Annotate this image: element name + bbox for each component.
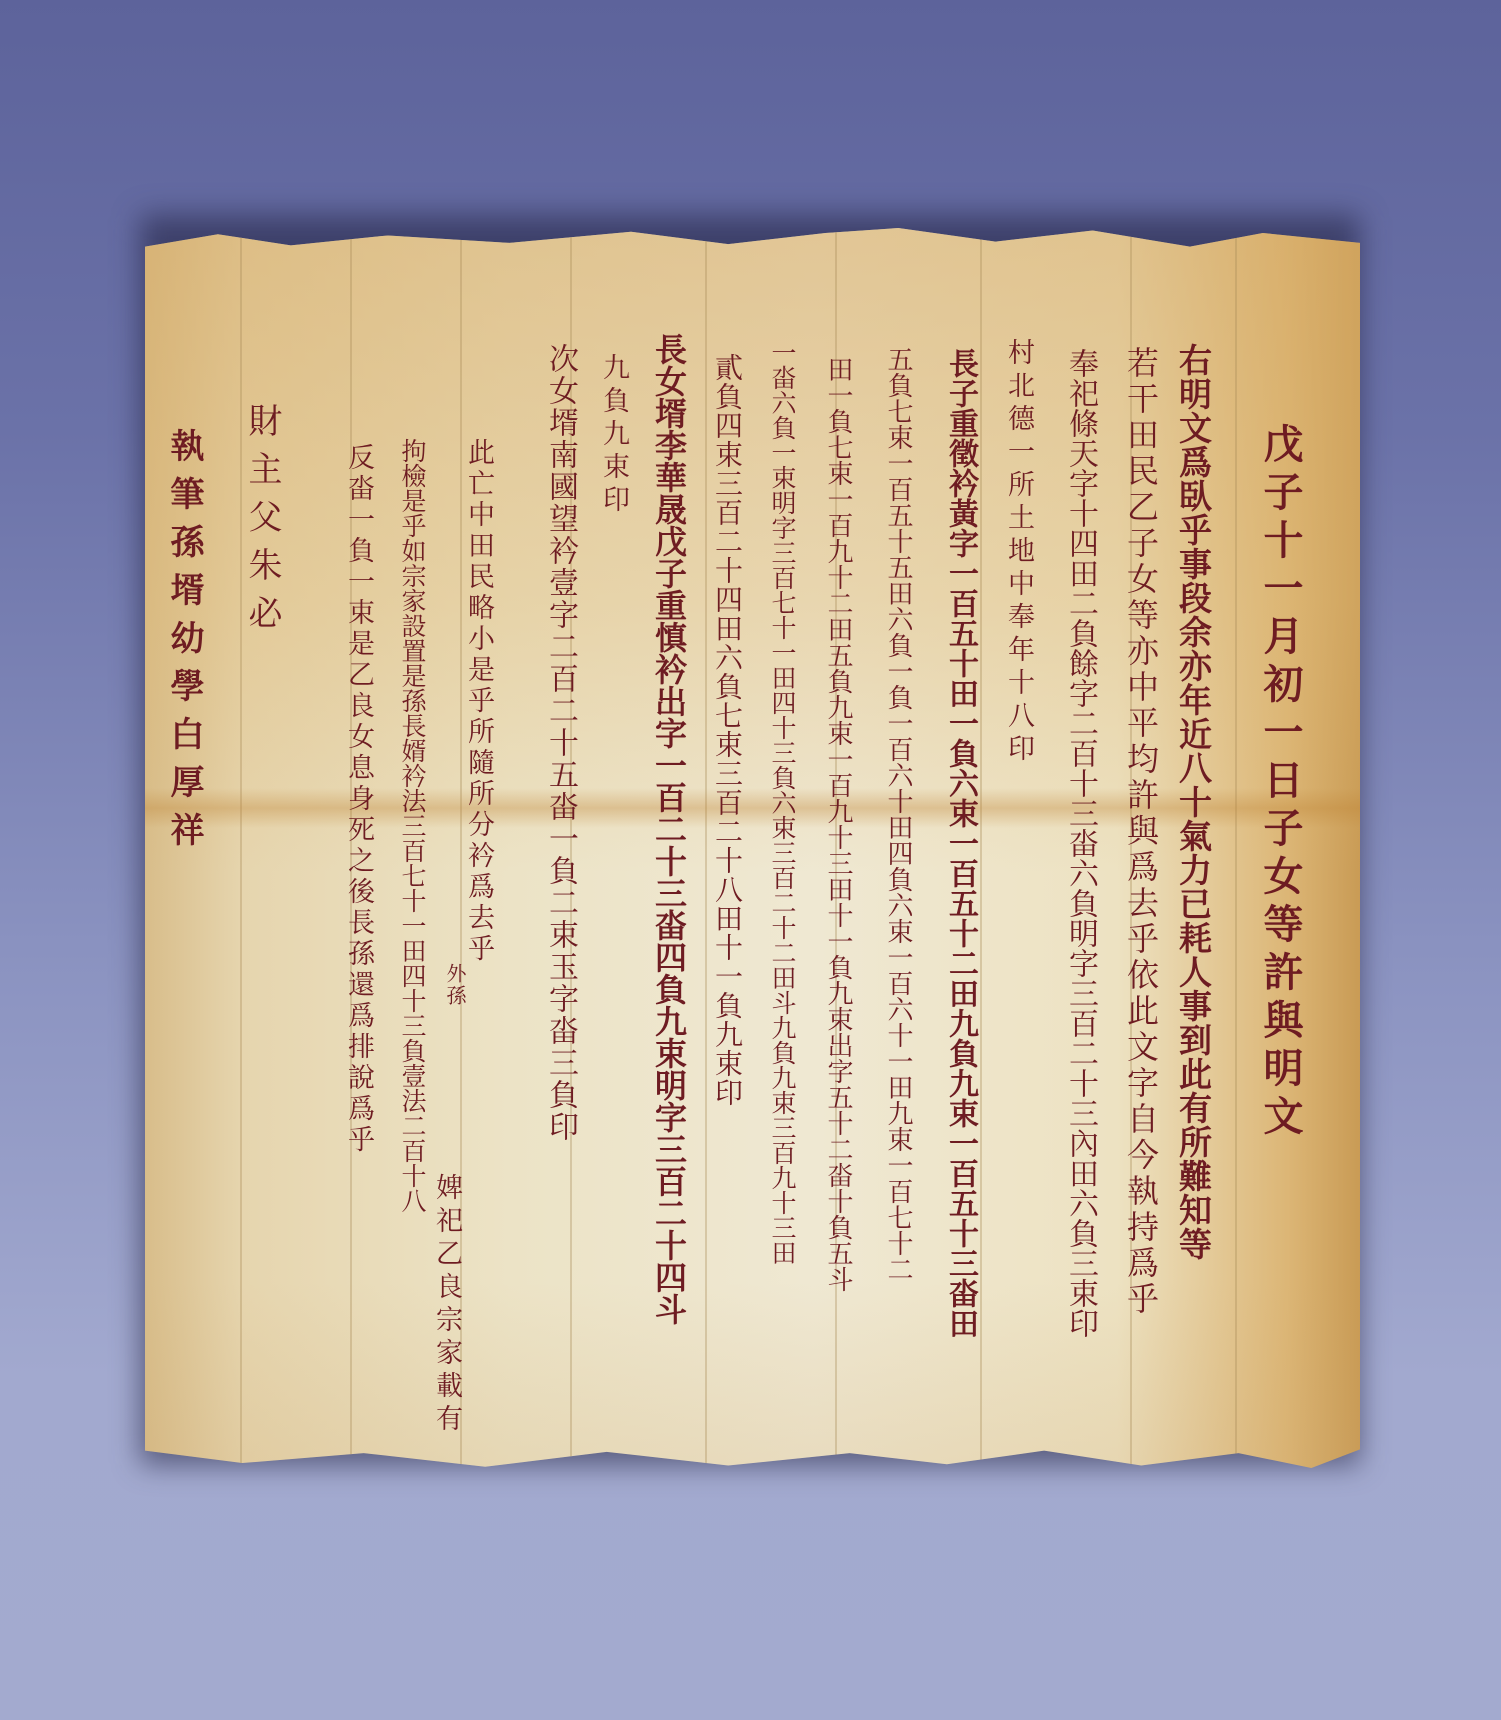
doc-column: 反畓一負一束是乙良女息身死之後長孫還爲排說爲乎 xyxy=(345,443,372,1156)
doc-column: 次女壻南國望衿壹字二百二十五畓一負二束玉字畓三負印 xyxy=(545,343,575,1143)
doc-column: 長子重徵衿黃字一百五十田一負六束一百五十二田九負九束一百五十三畓田 xyxy=(945,348,975,1338)
manuscript-document: 戊子十一月初一日子女等許與明文 右明文爲臥乎事段余亦年近八十氣力已耗人事到此有所… xyxy=(145,228,1360,1468)
doc-column: 右明文爲臥乎事段余亦年近八十氣力已耗人事到此有所難知等 xyxy=(1177,343,1210,1261)
paper-fold xyxy=(705,228,707,1468)
doc-column: 九負九束印 xyxy=(600,353,627,518)
paper-fold xyxy=(980,228,982,1468)
doc-annotation: 外孫 xyxy=(445,963,465,1007)
doc-column: 若干田民乙子女等亦中平均許與爲去乎依此文字自今執持爲乎 xyxy=(1125,346,1157,1318)
doc-column: 一畓六負一束明字三百七十一田四十三負六束三百二十二田斗九負九束三百九十三田 xyxy=(770,340,795,1265)
doc-column: 五負七束一百五十五田六負一負一百六十田四負六束一百六十一田九束一百七十二 xyxy=(885,346,911,1282)
doc-column: 田一負七束一百九十二田五負九束一百九十三田十一負九束出字五十二畓十負五斗 xyxy=(825,356,851,1292)
doc-column: 拘檢是乎如宗家設置是孫長婿衿法三百七十一田四十三負壹法二百十八 xyxy=(400,438,425,1213)
scribe-signature-column: 執筆孫壻幼學白厚祥 xyxy=(167,428,201,860)
paper-fold xyxy=(1235,228,1237,1468)
doc-column: 此亡中田民略小是乎所隨所分衿爲去乎 xyxy=(465,438,492,965)
owner-signature-column: 財主父朱必 xyxy=(245,403,279,643)
doc-title-column: 戊子十一月初一日子女等許與明文 xyxy=(1260,423,1300,1143)
doc-column: 婢祀乙良宗家載有 xyxy=(433,1173,460,1437)
doc-column: 村北德一所土地中奉年十八印 xyxy=(1005,338,1032,767)
doc-column: 長女壻李華晟戊子重慎衿出字一百二十三畓四負九束明字三百二十四斗 xyxy=(653,333,685,1325)
doc-column: 奉祀條天字十四田二負餘字二百十三畓六負明字三百二十三內田六負三束印 xyxy=(1065,348,1095,1338)
doc-column: 貳負四束三百二十四田六負七束三百二十八田十一負九束印 xyxy=(713,353,741,1107)
